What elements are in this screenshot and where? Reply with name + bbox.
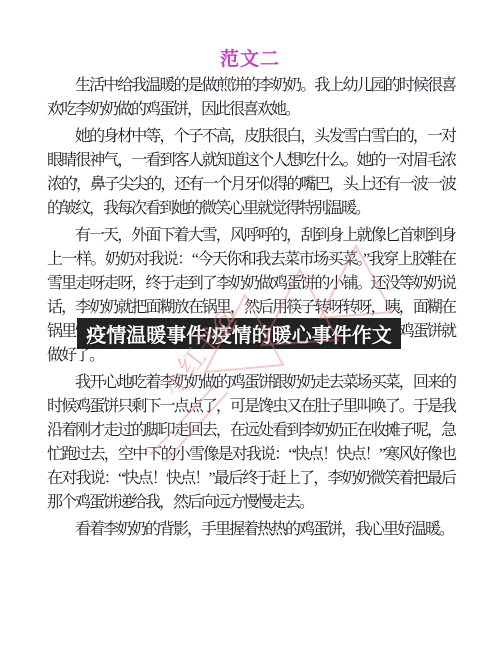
essay-paragraph-1: 生活中给我温暖的是做煎饼的李奶奶。我上幼儿园的时候很喜欢吃李奶奶做的鸡蛋饼，因此… — [47, 74, 455, 122]
essay-page: 范文二 生活中给我温暖的是做煎饼的李奶奶。我上幼儿园的时候很喜欢吃李奶奶做的鸡蛋… — [0, 0, 500, 666]
black-title-banner: 疫情温暖事件/疫情的暖心事件作文 — [77, 318, 401, 349]
essay-title: 范文二 — [0, 44, 500, 71]
essay-paragraph-3-before-banner: 有一天，外面下着大雪，风呼呼的，刮到身上就像匕首刺到身上一样。奶奶对我说：“今天… — [47, 227, 455, 316]
essay-paragraph-2: 她的身材中等，个子不高，皮肤很白，头发雪白雪白的，一对眼睛很神气，一看到客人就知… — [47, 125, 455, 221]
essay-paragraph-4: 我开心地吃着李奶奶做的鸡蛋饼跟奶奶走去菜场买菜，回来的时候鸡蛋饼只剩下一点点了，… — [47, 371, 455, 515]
essay-body: 生活中给我温暖的是做煎饼的李奶奶。我上幼儿园的时候很喜欢吃李奶奶做的鸡蛋饼，因此… — [47, 74, 455, 545]
essay-paragraph-5: 看着李奶奶的背影，手里握着热热的鸡蛋饼，我心里好温暖。 — [47, 518, 455, 542]
